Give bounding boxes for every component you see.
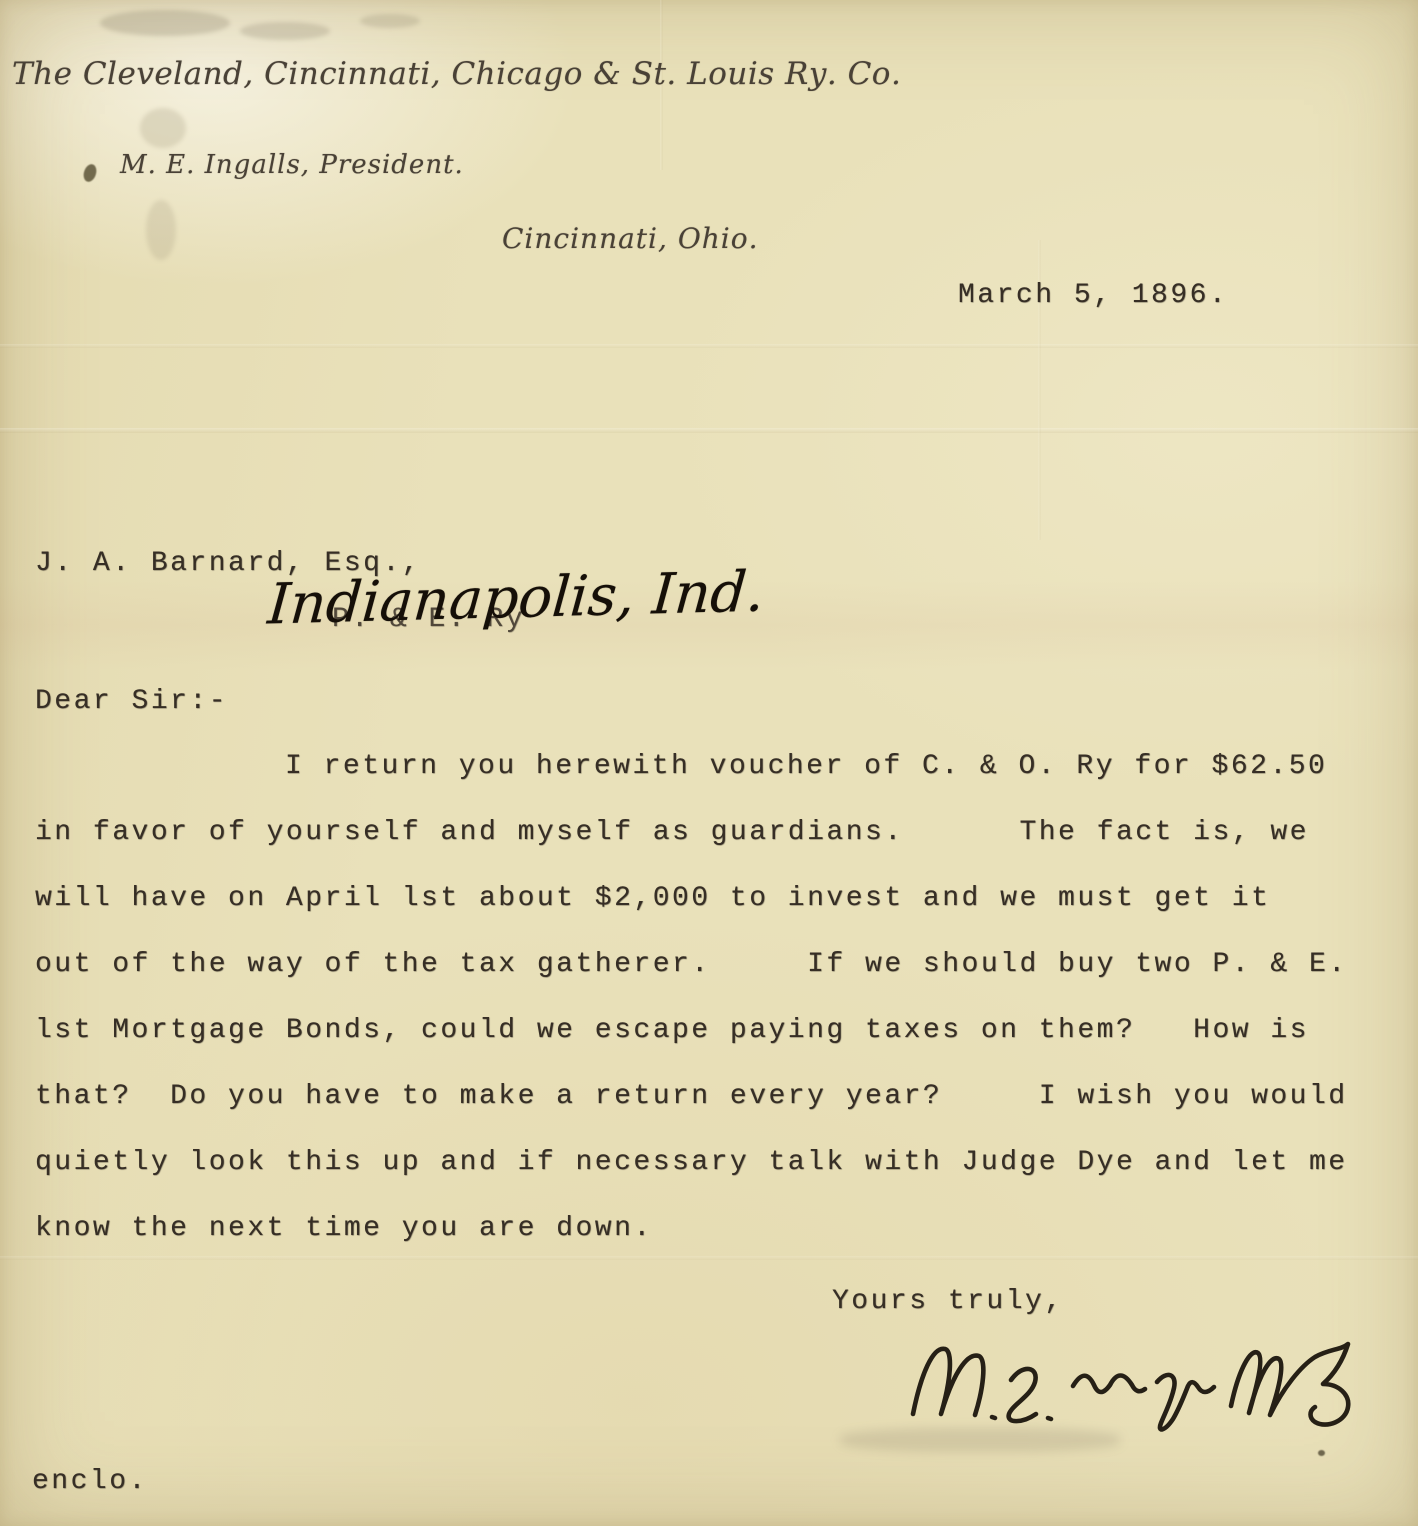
letter-page: The Cleveland, Cincinnati, Chicago & St.… [0,0,1418,1526]
paper-smudge [360,14,420,28]
letterhead-location: Cincinnati, Ohio. [502,222,759,255]
paper-crease [0,344,1418,348]
signature-stroke [1009,1369,1036,1421]
body-line-7: quietly look this up and if necessary ta… [35,1146,1348,1212]
body-line-3: will have on April lst about $2,000 to i… [35,882,1348,948]
signature-m-e-ingalls [895,1318,1395,1448]
paper-smudge [100,10,230,36]
body-line-4: out of the way of the tax gatherer. If w… [35,948,1348,1014]
body-line-1: I return you herewith voucher of C. & O.… [35,750,1348,816]
letter-body: I return you herewith voucher of C. & O.… [35,750,1348,1278]
closing: Yours truly, [832,1286,1064,1317]
signature-stroke [1048,1418,1051,1419]
body-line-6: that? Do you have to make a return every… [35,1080,1348,1146]
signature-stroke [1073,1376,1145,1393]
paper-smudge [146,200,176,260]
ink-speck [1318,1450,1325,1456]
enclosure-note: enclo. [32,1466,148,1497]
handwritten-city: Indianapolis, Ind. [266,559,767,637]
signature-stroke [913,1349,983,1415]
body-line-2: in favor of yourself and myself as guard… [35,816,1348,882]
signature-stroke [1231,1344,1348,1425]
letterhead-company-name: The Cleveland, Cincinnati, Chicago & St.… [12,56,901,92]
date-line: March 5, 1896. [958,280,1228,311]
signature-stroke [1157,1375,1214,1430]
paper-crease [0,428,1418,433]
ink-spot [82,163,99,184]
paper-smudge [140,108,186,148]
paper-smudge [240,22,330,40]
body-line-8: know the next time you are down. [35,1212,1348,1278]
signature-stroke [992,1417,995,1418]
salutation: Dear Sir:- [35,686,228,717]
body-line-5: lst Mortgage Bonds, could we escape payi… [35,1014,1348,1080]
letterhead-officer: M. E. Ingalls, President. [120,150,464,180]
